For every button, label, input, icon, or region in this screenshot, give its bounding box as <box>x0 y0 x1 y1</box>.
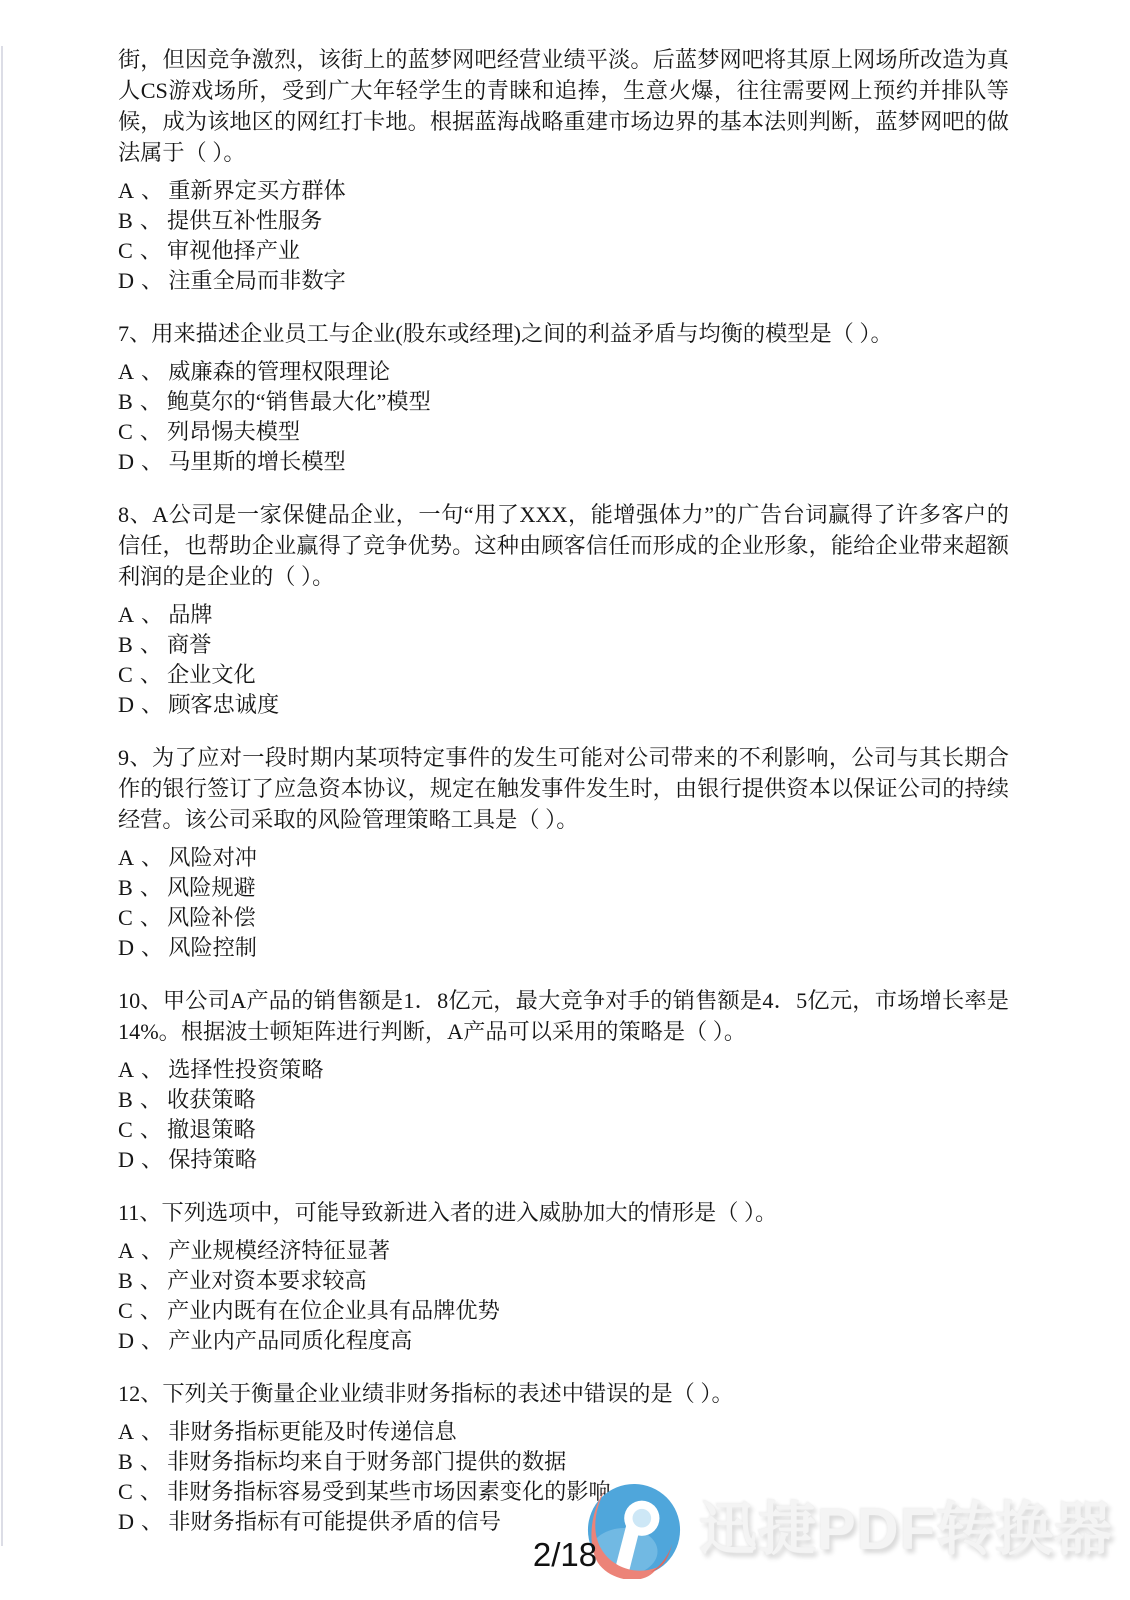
option-text: 收获策略 <box>167 1087 256 1112</box>
option-text: 企业文化 <box>167 662 256 687</box>
option-letter: C <box>118 905 133 930</box>
option-separator: 、 <box>140 632 162 657</box>
option-letter: D <box>118 1509 134 1534</box>
option-separator: 、 <box>140 662 162 687</box>
option-separator: 、 <box>140 208 162 233</box>
answer-option: A、重新界定买方群体 <box>118 176 1009 206</box>
option-letter: C <box>118 238 133 263</box>
option-text: 威廉森的管理权限理论 <box>168 359 390 384</box>
question-block: 9、为了应对一段时期内某项特定事件的发生可能对公司带来的不利影响，公司与其长期合… <box>118 742 1009 963</box>
option-text: 风险规避 <box>167 875 256 900</box>
options-group: A、产业规模经济特征显著 B、产业对资本要求较高 C、产业内既有在位企业具有品牌… <box>118 1236 1009 1356</box>
option-separator: 、 <box>141 845 163 870</box>
question-block: 8、A公司是一家保健品企业，一句“用了XXX，能增强体力”的广告台词赢得了许多客… <box>118 499 1009 720</box>
options-group: A、威廉森的管理权限理论 B、鲍莫尔的“销售最大化”模型 C、列昂惕夫模型 D、… <box>118 357 1009 477</box>
question-stem: 10、甲公司A产品的销售额是1．8亿元，最大竞争对手的销售额是4．5亿元，市场增… <box>118 985 1009 1047</box>
option-text: 风险补偿 <box>167 905 256 930</box>
question-list: 街，但因竞争激烈，该街上的蓝梦网吧经营业绩平淡。后蓝梦网吧将其原上网场所改造为真… <box>118 44 1009 1559</box>
option-letter: D <box>118 268 134 293</box>
option-text: 风险控制 <box>168 935 257 960</box>
question-block: 11、下列选项中，可能导致新进入者的进入威胁加大的情形是（ ）。 A、产业规模经… <box>118 1197 1009 1356</box>
answer-option: A、选择性投资策略 <box>118 1055 1009 1085</box>
option-separator: 、 <box>140 1449 162 1474</box>
answer-option: D、马里斯的增长模型 <box>118 447 1009 477</box>
answer-option: B、风险规避 <box>118 873 1009 903</box>
option-separator: 、 <box>141 1419 163 1444</box>
options-group: A、选择性投资策略 B、收获策略 C、撤退策略 D、保持策略 <box>118 1055 1009 1175</box>
option-text: 产业内产品同质化程度高 <box>168 1328 412 1353</box>
scan-edge-artifact <box>1 46 3 1546</box>
answer-option: D、风险控制 <box>118 933 1009 963</box>
answer-option: A、产业规模经济特征显著 <box>118 1236 1009 1266</box>
option-separator: 、 <box>141 449 163 474</box>
option-text: 鲍莫尔的“销售最大化”模型 <box>167 389 431 414</box>
option-text: 产业内既有在位企业具有品牌优势 <box>167 1298 500 1323</box>
options-group: A、风险对冲 B、风险规避 C、风险补偿 D、风险控制 <box>118 843 1009 963</box>
option-separator: 、 <box>140 1298 162 1323</box>
answer-option: A、风险对冲 <box>118 843 1009 873</box>
option-text: 提供互补性服务 <box>167 208 322 233</box>
option-separator: 、 <box>140 1268 162 1293</box>
option-separator: 、 <box>140 419 162 444</box>
answer-option: C、审视他择产业 <box>118 236 1009 266</box>
option-separator: 、 <box>141 268 163 293</box>
question-stem: 街，但因竞争激烈，该街上的蓝梦网吧经营业绩平淡。后蓝梦网吧将其原上网场所改造为真… <box>118 44 1009 168</box>
option-text: 风险对冲 <box>168 845 257 870</box>
option-text: 马里斯的增长模型 <box>168 449 346 474</box>
option-letter: D <box>118 449 134 474</box>
answer-option: D、保持策略 <box>118 1145 1009 1175</box>
option-letter: B <box>118 1268 133 1293</box>
option-text: 产业规模经济特征显著 <box>168 1238 390 1263</box>
answer-option: A、非财务指标更能及时传递信息 <box>118 1417 1009 1447</box>
answer-option: B、商誉 <box>118 630 1009 660</box>
option-separator: 、 <box>141 178 163 203</box>
question-block: 10、甲公司A产品的销售额是1．8亿元，最大竞争对手的销售额是4．5亿元，市场增… <box>118 985 1009 1175</box>
option-text: 非财务指标有可能提供矛盾的信号 <box>168 1509 501 1534</box>
option-letter: B <box>118 875 133 900</box>
option-text: 重新界定买方群体 <box>168 178 346 203</box>
option-letter: B <box>118 1449 133 1474</box>
option-text: 列昂惕夫模型 <box>167 419 300 444</box>
answer-option: C、企业文化 <box>118 660 1009 690</box>
answer-option: B、非财务指标均来自于财务部门提供的数据 <box>118 1447 1009 1477</box>
option-letter: B <box>118 632 133 657</box>
option-text: 顾客忠诚度 <box>168 692 279 717</box>
option-letter: D <box>118 935 134 960</box>
question-block: 12、下列关于衡量企业业绩非财务指标的表述中错误的是（ ）。 A、非财务指标更能… <box>118 1378 1009 1537</box>
page-number: 2/18 <box>0 1538 1130 1572</box>
option-separator: 、 <box>141 602 163 627</box>
option-letter: B <box>118 389 133 414</box>
option-text: 非财务指标更能及时传递信息 <box>168 1419 456 1444</box>
scanned-exam-page: { "document": { "page_label": "2/18", "o… <box>0 0 1130 1600</box>
option-text: 品牌 <box>168 602 212 627</box>
question-block: 7、用来描述企业员工与企业(股东或经理)之间的利益矛盾与均衡的模型是（ ）。 A… <box>118 318 1009 477</box>
option-text: 商誉 <box>167 632 211 657</box>
option-letter: C <box>118 1298 133 1323</box>
option-letter: D <box>118 1328 134 1353</box>
answer-option: A、品牌 <box>118 600 1009 630</box>
option-letter: C <box>118 1479 133 1504</box>
question-stem: 8、A公司是一家保健品企业，一句“用了XXX，能增强体力”的广告台词赢得了许多客… <box>118 499 1009 592</box>
option-letter: B <box>118 208 133 233</box>
option-letter: A <box>118 1057 134 1082</box>
option-text: 非财务指标均来自于财务部门提供的数据 <box>167 1449 566 1474</box>
option-separator: 、 <box>140 1479 162 1504</box>
answer-option: C、撤退策略 <box>118 1115 1009 1145</box>
option-letter: A <box>118 178 134 203</box>
answer-option: D、非财务指标有可能提供矛盾的信号 <box>118 1507 1009 1537</box>
option-text: 注重全局而非数字 <box>168 268 346 293</box>
option-separator: 、 <box>141 1147 163 1172</box>
option-letter: A <box>118 359 134 384</box>
question-stem: 9、为了应对一段时期内某项特定事件的发生可能对公司带来的不利影响，公司与其长期合… <box>118 742 1009 835</box>
option-letter: A <box>118 845 134 870</box>
option-letter: C <box>118 419 133 444</box>
question-stem: 7、用来描述企业员工与企业(股东或经理)之间的利益矛盾与均衡的模型是（ ）。 <box>118 318 1009 349</box>
question-stem: 12、下列关于衡量企业业绩非财务指标的表述中错误的是（ ）。 <box>118 1378 1009 1409</box>
answer-option: B、鲍莫尔的“销售最大化”模型 <box>118 387 1009 417</box>
question-stem: 11、下列选项中，可能导致新进入者的进入威胁加大的情形是（ ）。 <box>118 1197 1009 1228</box>
answer-option: C、产业内既有在位企业具有品牌优势 <box>118 1296 1009 1326</box>
answer-option: D、顾客忠诚度 <box>118 690 1009 720</box>
options-group: A、品牌 B、商誉 C、企业文化 D、顾客忠诚度 <box>118 600 1009 720</box>
options-group: A、非财务指标更能及时传递信息 B、非财务指标均来自于财务部门提供的数据 C、非… <box>118 1417 1009 1537</box>
answer-option: C、非财务指标容易受到某些市场因素变化的影响 <box>118 1477 1009 1507</box>
options-group: A、重新界定买方群体 B、提供互补性服务 C、审视他择产业 D、注重全局而非数字 <box>118 176 1009 296</box>
option-text: 选择性投资策略 <box>168 1057 323 1082</box>
answer-option: D、产业内产品同质化程度高 <box>118 1326 1009 1356</box>
option-letter: A <box>118 602 134 627</box>
option-separator: 、 <box>140 238 162 263</box>
option-separator: 、 <box>140 875 162 900</box>
option-separator: 、 <box>141 692 163 717</box>
option-separator: 、 <box>140 905 162 930</box>
option-letter: D <box>118 1147 134 1172</box>
option-separator: 、 <box>141 1238 163 1263</box>
answer-option: D、注重全局而非数字 <box>118 266 1009 296</box>
option-letter: C <box>118 662 133 687</box>
option-separator: 、 <box>141 359 163 384</box>
option-letter: D <box>118 692 134 717</box>
answer-option: B、产业对资本要求较高 <box>118 1266 1009 1296</box>
option-separator: 、 <box>140 1117 162 1142</box>
answer-option: B、收获策略 <box>118 1085 1009 1115</box>
option-separator: 、 <box>141 935 163 960</box>
option-text: 产业对资本要求较高 <box>167 1268 367 1293</box>
option-separator: 、 <box>141 1057 163 1082</box>
option-letter: C <box>118 1117 133 1142</box>
option-separator: 、 <box>141 1328 163 1353</box>
option-separator: 、 <box>141 1509 163 1534</box>
option-separator: 、 <box>140 389 162 414</box>
question-block: 街，但因竞争激烈，该街上的蓝梦网吧经营业绩平淡。后蓝梦网吧将其原上网场所改造为真… <box>118 44 1009 296</box>
answer-option: C、列昂惕夫模型 <box>118 417 1009 447</box>
option-text: 保持策略 <box>168 1147 257 1172</box>
option-separator: 、 <box>140 1087 162 1112</box>
option-text: 撤退策略 <box>167 1117 256 1142</box>
option-text: 审视他择产业 <box>167 238 300 263</box>
answer-option: C、风险补偿 <box>118 903 1009 933</box>
option-text: 非财务指标容易受到某些市场因素变化的影响 <box>167 1479 611 1504</box>
answer-option: A、威廉森的管理权限理论 <box>118 357 1009 387</box>
option-letter: A <box>118 1419 134 1444</box>
option-letter: A <box>118 1238 134 1263</box>
answer-option: B、提供互补性服务 <box>118 206 1009 236</box>
option-letter: B <box>118 1087 133 1112</box>
